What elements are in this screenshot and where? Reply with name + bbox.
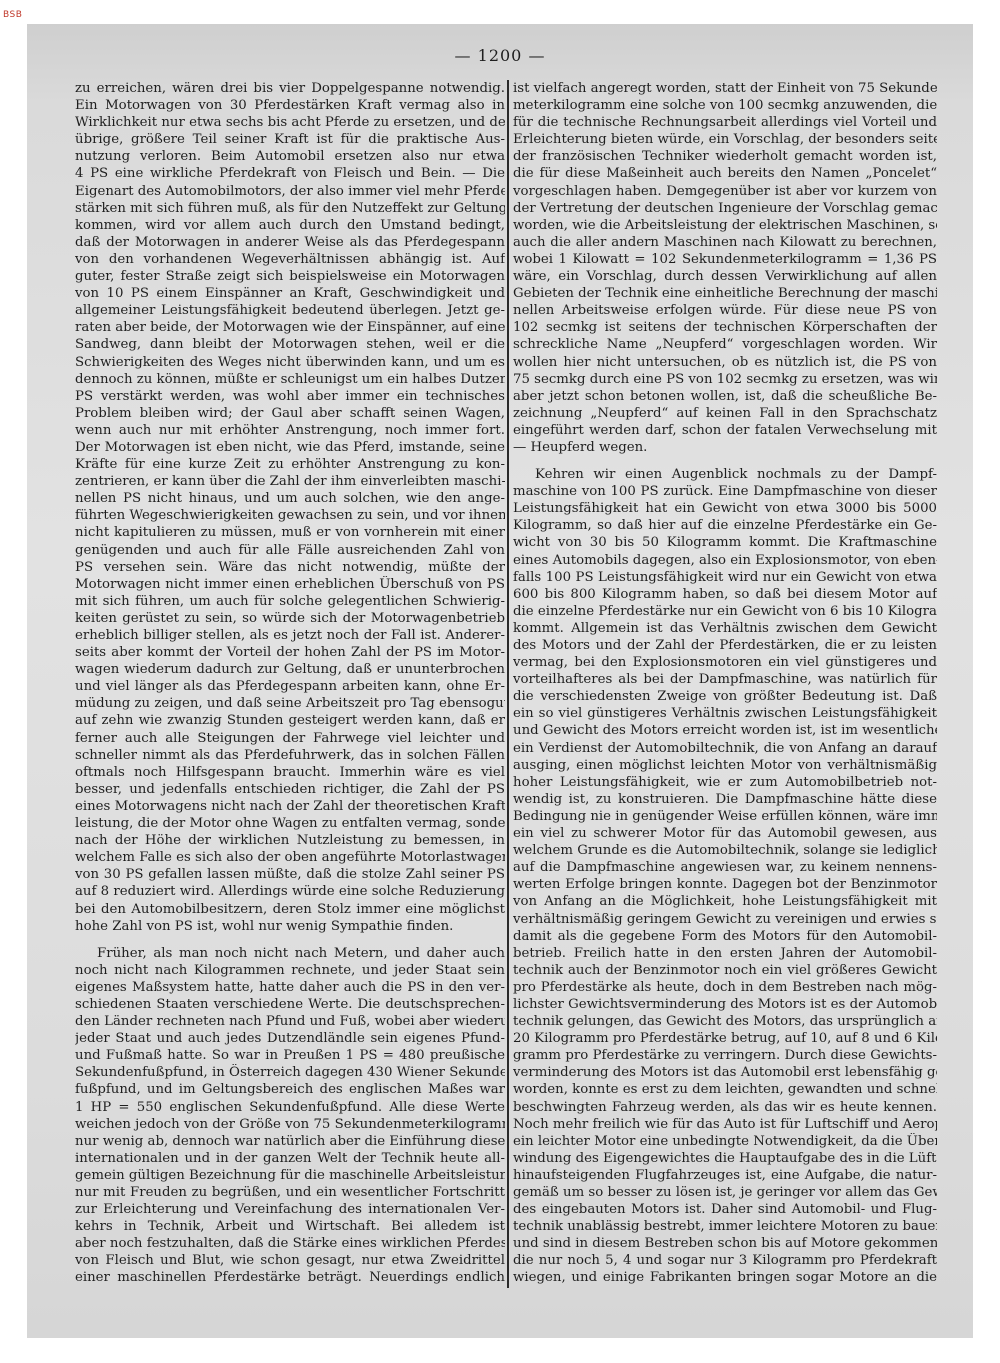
text-line: technik gelungen, das Gewicht des Motors…	[513, 1013, 937, 1030]
text-line: aber noch festzuhalten, daß die Stärke e…	[75, 1235, 505, 1252]
text-line: Noch mehr freilich wie für das Auto ist …	[513, 1116, 937, 1133]
column-divider	[507, 80, 509, 1288]
text-line: schiedenen Staaten verschiedene Werte. D…	[75, 996, 505, 1013]
text-line: und Gewicht des Motors erreicht worden i…	[513, 722, 937, 739]
text-line: erheblich billiger stellen, als es jetzt…	[75, 627, 505, 644]
paragraph-gap	[75, 935, 505, 945]
text-line: übrige, größere Teil seiner Kraft ist fü…	[75, 131, 505, 148]
text-line: jeder Staat und auch jedes Dutzendländle…	[75, 1030, 505, 1047]
text-line: eines Automobils dagegen, also ein Explo…	[513, 552, 937, 569]
text-line: lichster Gewichtsverminderung des Motors…	[513, 996, 937, 1013]
text-line: gramm pro Pferdestärke zu verringern. Du…	[513, 1047, 937, 1064]
text-line: werten Erfolge bringen konnte. Dagegen b…	[513, 876, 937, 893]
text-line: raten aber beide, der Motorwagen wie der…	[75, 319, 505, 336]
text-line: und sind in diesem Bestreben schon bis a…	[513, 1235, 937, 1252]
paragraph: zu erreichen, wären drei bis vier Doppel…	[75, 80, 505, 935]
text-line: mit sich führen, um auch für solche gele…	[75, 593, 505, 610]
text-line: Problem bleiben wird; der Gaul aber scha…	[75, 405, 505, 422]
text-line: ist vielfach angeregt worden, statt der …	[513, 80, 937, 97]
text-line: wicht von 30 bis 50 Kilogramm kommt. Die…	[513, 534, 937, 551]
text-line: Sandweg, dann bleibt der Motorwagen steh…	[75, 336, 505, 353]
text-line: die verschiedensten Zweige von größter B…	[513, 688, 937, 705]
text-line: der französischen Techniker wiederholt g…	[513, 148, 937, 165]
text-line: und Fußmaß hatte. So war in Preußen 1 PS…	[75, 1047, 505, 1064]
text-line: von Fleisch und Blut, wie schon gesagt, …	[75, 1252, 505, 1269]
text-line: stärken mit sich führen muß, als für den…	[75, 200, 505, 217]
text-line: betrieb. Freilich hatte in den ersten Ja…	[513, 945, 937, 962]
text-line: verminderung des Motors ist das Automobi…	[513, 1064, 937, 1081]
text-line: vermag, bei den Explosionsmotoren ein vi…	[513, 654, 937, 671]
text-line: eines Motorwagens nicht nach der Zahl de…	[75, 798, 505, 815]
text-line: kommen, wird vor allem auch durch den Um…	[75, 217, 505, 234]
text-line: wäre, ein Vorschlag, durch dessen Verwir…	[513, 268, 937, 285]
text-line: Kehren wir einen Augenblick nochmals zu …	[513, 466, 937, 483]
text-line: die für diese Maßeinheit auch bereits de…	[513, 165, 937, 182]
text-line: nellen Arbeitsweise erfolgen würde. Für …	[513, 302, 937, 319]
text-line: gemäß um so besser zu lösen ist, je geri…	[513, 1184, 937, 1201]
text-line: meterkilogramm eine solche von 100 secmk…	[513, 97, 937, 114]
text-line: ein viel zu schwerer Motor für das Autom…	[513, 825, 937, 842]
text-line: nur mit Freuden zu begrüßen, und ein wes…	[75, 1184, 505, 1201]
text-line: verhältnismäßig geringem Gewicht zu vere…	[513, 911, 937, 928]
text-line: Erleichterung bieten würde, ein Vorschla…	[513, 131, 937, 148]
text-line: führten Wegeschwierigkeiten gewachsen zu…	[75, 507, 505, 524]
text-line: wollen hier nicht untersuchen, ob es nüt…	[513, 354, 937, 371]
text-line: Bedingung nie in genügender Weise erfüll…	[513, 808, 937, 825]
text-line: PS versehen sein. Wäre das nicht notwend…	[75, 559, 505, 576]
text-line: der Vertretung der deutschen Ingenieure …	[513, 200, 937, 217]
paragraph: Kehren wir einen Augenblick nochmals zu …	[513, 466, 937, 1287]
text-line: 4 PS eine wirkliche Pferdekraft von Flei…	[75, 165, 505, 182]
text-line: auf die Dampfmaschine angewiesen war, zu…	[513, 859, 937, 876]
text-line: falls 100 PS Leistungsfähigkeit wird nur…	[513, 569, 937, 586]
text-line: zu erreichen, wären drei bis vier Doppel…	[75, 80, 505, 97]
text-line: ferner auch alle Steigungen der Fahrwege…	[75, 730, 505, 747]
text-line: 102 secmkg ist seitens der technischen K…	[513, 319, 937, 336]
text-line: eingeführt werden darf, schon der fatale…	[513, 422, 937, 439]
text-line: ein Verdienst der Automobiltechnik, die …	[513, 740, 937, 757]
text-line: Kilogramm, so daß hier auf die einzelne …	[513, 517, 937, 534]
text-line: windung des Eigengewichtes die Hauptaufg…	[513, 1150, 937, 1167]
text-line: technik auch der Benzinmotor noch ein vi…	[513, 962, 937, 979]
text-line: wiegen, und einige Fabrikanten bringen s…	[513, 1269, 937, 1286]
text-line: und viel länger als das Pferdegespann ar…	[75, 678, 505, 695]
paragraph-gap	[513, 456, 937, 466]
text-line: worden, wie die Arbeitsleistung der elek…	[513, 217, 937, 234]
text-line: wagen wiederum dadurch zur Geltung, daß …	[75, 661, 505, 678]
text-line: — Heupferd wegen.	[513, 439, 937, 456]
text-line: hinaufsteigenden Flugfahrzeuges ist, ein…	[513, 1167, 937, 1184]
paragraph: Früher, als man noch nicht nach Metern, …	[75, 945, 505, 1287]
text-line: gemein gültigen Bezeichnung für die masc…	[75, 1167, 505, 1184]
text-line: kehrs in Technik, Arbeit und Wirtschaft.…	[75, 1218, 505, 1235]
text-line: leistung, die der Motor ohne Wagen zu en…	[75, 815, 505, 832]
text-line: hoher Leistungsfähigkeit, wie er zum Aut…	[513, 774, 937, 791]
text-line: schneller nimmt als das Pferdefuhrwerk, …	[75, 747, 505, 764]
text-line: daß der Motorwagen in anderer Weise als …	[75, 234, 505, 251]
text-line: 75 secmkg durch eine PS von 102 secmkg z…	[513, 371, 937, 388]
text-line: ein so viel günstigeres Verhältnis zwisc…	[513, 705, 937, 722]
paragraph: ist vielfach angeregt worden, statt der …	[513, 80, 937, 456]
scanned-page: — 1200 — zu erreichen, wären drei bis vi…	[27, 24, 973, 1338]
text-line: zeichnung „Neupferd“ auf keinen Fall in …	[513, 405, 937, 422]
text-line: PS verstärkt werden, was wohl aber immer…	[75, 388, 505, 405]
text-line: nach der Höhe der wirklichen Nutzleistun…	[75, 832, 505, 849]
text-line: besser, und jedenfalls entschieden richt…	[75, 781, 505, 798]
text-line: damit als die gegebene Form des Motors f…	[513, 928, 937, 945]
text-line: nicht kapitulieren zu müssen, muß er von…	[75, 524, 505, 541]
text-line: Ein Motorwagen von 30 Pferdestärken Kraf…	[75, 97, 505, 114]
text-line: allgemeiner Leistungsfähigkeit bedeutend…	[75, 302, 505, 319]
text-line: weichen jedoch von der Größe von 75 Seku…	[75, 1116, 505, 1133]
text-line: technik unablässig bestrebt, immer leich…	[513, 1218, 937, 1235]
text-line: nellen PS nicht hinaus, und um auch solc…	[75, 490, 505, 507]
text-line: des eingebauten Motors ist. Daher sind A…	[513, 1201, 937, 1218]
text-line: Motorwagen nicht immer einen erheblichen…	[75, 576, 505, 593]
text-line: Schwierigkeiten des Weges nicht überwind…	[75, 354, 505, 371]
text-line: auf 8 reduziert wird. Allerdings würde e…	[75, 883, 505, 900]
text-line: Kräfte für eine kurze Zeit zu erhöhter A…	[75, 456, 505, 473]
text-line: ausging, einen möglichst leichten Motor …	[513, 757, 937, 774]
text-line: ein leichter Motor eine unbedingte Notwe…	[513, 1133, 937, 1150]
text-line: nutzung verloren. Beim Automobil ersetze…	[75, 148, 505, 165]
text-line: müdung zu zeigen, und daß seine Arbeitsz…	[75, 695, 505, 712]
text-line: Sekundenfußpfund, in Österreich dagegen …	[75, 1064, 505, 1081]
text-line: Wirklichkeit nur etwa sechs bis acht Pfe…	[75, 114, 505, 131]
text-line: bei den Automobilbesitzern, deren Stolz …	[75, 901, 505, 918]
text-line: 1 HP = 550 englischen Sekundenfußpfund. …	[75, 1099, 505, 1116]
text-line: von den vorhandenen Wegeverhältnissen ab…	[75, 251, 505, 268]
text-line: zur Erleichterung und Vereinfachung des …	[75, 1201, 505, 1218]
text-line: einer maschinellen Pferdestärke beträgt.…	[75, 1269, 505, 1286]
text-line: Gebieten der Technik eine einheitliche B…	[513, 285, 937, 302]
text-line: für die technische Rechnungsarbeit aller…	[513, 114, 937, 131]
library-watermark: BSB	[3, 10, 22, 20]
text-line: seits aber kommt der Vorteil der hohen Z…	[75, 644, 505, 661]
text-line: oftmals noch Hilfsgespann braucht. Immer…	[75, 764, 505, 781]
text-line: Der Motorwagen ist eben nicht, wie das P…	[75, 439, 505, 456]
text-line: maschine von 100 PS zurück. Eine Dampfma…	[513, 483, 937, 500]
text-line: von 30 PS gefallen lassen müßte, daß die…	[75, 866, 505, 883]
text-line: fußpfund, und im Geltungsbereich des eng…	[75, 1081, 505, 1098]
text-line: Eigenart des Automobilmotors, der also i…	[75, 183, 505, 200]
text-line: von Anfang an die Möglichkeit, hohe Leis…	[513, 893, 937, 910]
text-line: dennoch zu können, müßte er schleunigst …	[75, 371, 505, 388]
text-line: noch nicht nach Kilogrammen rechnete, un…	[75, 962, 505, 979]
text-line: welchem Falle es sich also der oben ange…	[75, 849, 505, 866]
text-line: von 10 PS einem Einspänner an Kraft, Ges…	[75, 285, 505, 302]
text-line: wendig ist, zu konstruieren. Die Dampfma…	[513, 791, 937, 808]
text-line: schreckliche Name „Neupferd“ vorgeschlag…	[513, 336, 937, 353]
text-line: pro Pferdestärke als heute, doch in dem …	[513, 979, 937, 996]
right-column: ist vielfach angeregt worden, statt der …	[513, 80, 937, 1287]
text-line: aber jetzt schon betonen wollen, ist, da…	[513, 388, 937, 405]
text-line: 20 Kilogramm pro Pferdestärke betrug, au…	[513, 1030, 937, 1047]
text-line: welchem Grunde es die Automobiltechnik, …	[513, 842, 937, 859]
text-line: worden, konnte es erst zu dem leichten, …	[513, 1081, 937, 1098]
text-line: die nur noch 5, 4 und sogar nur 3 Kilogr…	[513, 1252, 937, 1269]
text-line: 600 bis 800 Kilogramm haben, so daß bei …	[513, 586, 937, 603]
text-line: die einzelne Pferdestärke nur ein Gewich…	[513, 603, 937, 620]
text-line: des Motors und der Zahl der Pferdestärke…	[513, 637, 937, 654]
text-line: vorteilhafteres als bei der Dampfmaschin…	[513, 671, 937, 688]
text-line: zentrieren, er kann über die Zahl der ih…	[75, 473, 505, 490]
text-line: vorgeschlagen haben. Demgegenüber ist ab…	[513, 183, 937, 200]
text-line: keiten gerüstet zu sein, so würde sich d…	[75, 610, 505, 627]
text-line: guter, fester Straße zeigt sich beispiel…	[75, 268, 505, 285]
text-line: beschwingten Fahrzeug werden, als das wi…	[513, 1099, 937, 1116]
text-line: Früher, als man noch nicht nach Metern, …	[75, 945, 505, 962]
text-line: auf zehn wie zwanzig Stunden gesteigert …	[75, 712, 505, 729]
text-line: wenn auch nur mit erhöhter Anstrengung, …	[75, 422, 505, 439]
text-line: genügenden und auch für alle Fälle ausre…	[75, 542, 505, 559]
text-line: eigenes Maßsystem hatte, hatte daher auc…	[75, 979, 505, 996]
text-line: nur wenig ab, dennoch war natürlich aber…	[75, 1133, 505, 1150]
text-line: internationalen und in der ganzen Welt d…	[75, 1150, 505, 1167]
text-line: hohe Zahl von PS ist, wohl nur wenig Sym…	[75, 918, 505, 935]
page-number: — 1200 —	[27, 46, 973, 65]
text-line: Leistungsfähigkeit hat ein Gewicht von e…	[513, 500, 937, 517]
text-line: auch die aller andern Maschinen nach Kil…	[513, 234, 937, 251]
text-line: wobei 1 Kilowatt = 102 Sekundenmeterkilo…	[513, 251, 937, 268]
text-line: den Länder rechneten nach Pfund und Fuß,…	[75, 1013, 505, 1030]
text-line: kommt. Allgemein ist das Verhältnis zwis…	[513, 620, 937, 637]
left-column: zu erreichen, wären drei bis vier Doppel…	[75, 80, 505, 1287]
